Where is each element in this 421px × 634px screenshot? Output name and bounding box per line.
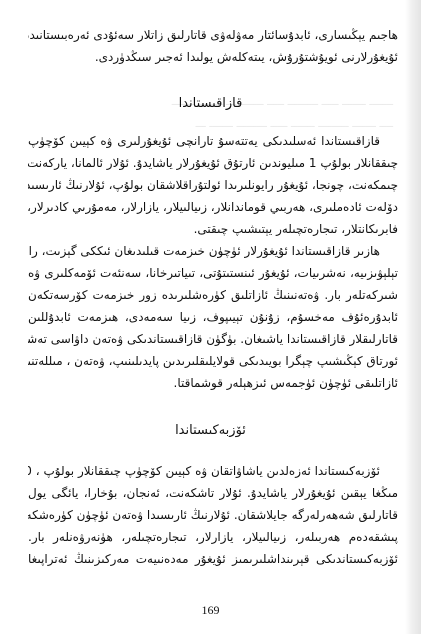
uzbekistan-paragraph-1: ئۆزبەكىستاندا ئەزەلدىن ياشاۋاتقان ۋە كېي… (28, 460, 398, 570)
kazakhstan-paragraph-2: ھازىر قازاقىستاندا ئۇيغۇرلار ئۈچۈن خىزمە… (28, 240, 398, 394)
text-line: ھازىر قازاقىستاندا ئۇيغۇرلار ئۈچۈن خىزمە… (28, 240, 398, 262)
intro-paragraph: هاجىم يېڭىسارى، ئابدۇسائتار مەۋلەۋى قاتا… (28, 24, 398, 68)
text-line: ئابدۇرەئۇف مەخسۇم، زۇنۇن تېيىپوف، زىيا س… (28, 306, 398, 328)
text-line: ئۆزبەكىستاندا ئەزەلدىن ياشاۋاتقان ۋە كېي… (28, 460, 398, 482)
text-line: مىڭغا يېقىن ئۇيغۇرلار ياشايدۇ. ئۇلار تاش… (28, 482, 398, 504)
text-line: قازاقىستاندا ئەسلىدىكى يەتتەسۇ تارانچى ئ… (28, 130, 398, 152)
kazakhstan-section-body: قازاقىستاندا ئەسلىدىكى يەتتەسۇ تارانچى ئ… (28, 130, 398, 394)
page-number: 169 (0, 603, 421, 618)
text-line: هاجىم يېڭىسارى، ئابدۇسائتار مەۋلەۋى قاتا… (28, 24, 398, 46)
text-line: فابرىكانتلار، تىجارەتچىلەر يېتىشىپ چىقتى… (28, 218, 398, 240)
text-line: دۆلەت ئادەملىرى، ھەربىي قوماندانلار، زىي… (28, 196, 398, 218)
book-page: ـــــــ ـــــــ ـــــ ـــــــــ ـــــ ــ… (0, 0, 421, 634)
text-line: قاتارلىق شەھەرلەرگە جايلاشقان. ئۇلارنىڭ … (28, 504, 398, 526)
page-body: هاجىم يېڭىسارى، ئابدۇسائتار مەۋلەۋى قاتا… (28, 24, 398, 68)
text-line: چىمكەنت، چونجا، ئۇيغۇر رايونلىرىدا ئولتۇ… (28, 174, 398, 196)
text-line: چىققانلار بولۇپ 1 مىليوندىن ئارتۇق ئۇيغۇ… (28, 152, 398, 174)
text-line: ئورتاق كېڭىشىپ چېگرا بويىدىكى قولايلىقلى… (28, 350, 398, 372)
text-line: شىركەتلەر بار. ۋەتەنىنىڭ ئازاتلىق كۈرەشل… (28, 284, 398, 306)
text-line: ئۇيغۇرلارنى ئويۇشتۇرۇش، يىتەكلەش يولىدا … (28, 46, 398, 68)
section-heading-kazakhstan: قازاقىستاندا (0, 93, 421, 115)
uzbekistan-section-body: ئۆزبەكىستاندا ئەزەلدىن ياشاۋاتقان ۋە كېي… (28, 460, 398, 570)
text-line: ئۆزبەكىستاندىكى قېرىنداشلىرىمىز ئۇيغۇر م… (28, 548, 398, 570)
text-line: قاتارلىقلار قازاقىستاندا ياشىغان. بۈگۈن … (28, 328, 398, 350)
text-line: پىشقەدەم ھەربىلەر، زىيالىيلار، يازارلار،… (28, 526, 398, 548)
text-line: تېلېۋىزىيە، نەشرىيات، ئۇيغۇر ئىنستىتۇتى،… (28, 262, 398, 284)
text-line: ئازاتلىقى ئۈچۈن ئۈجمەس ئىزھېلەر قوشماقتا… (28, 372, 398, 394)
section-heading-uzbekistan: ئۆزبەكىستاندا (0, 420, 421, 442)
kazakhstan-paragraph-1: قازاقىستاندا ئەسلىدىكى يەتتەسۇ تارانچى ئ… (28, 130, 398, 240)
